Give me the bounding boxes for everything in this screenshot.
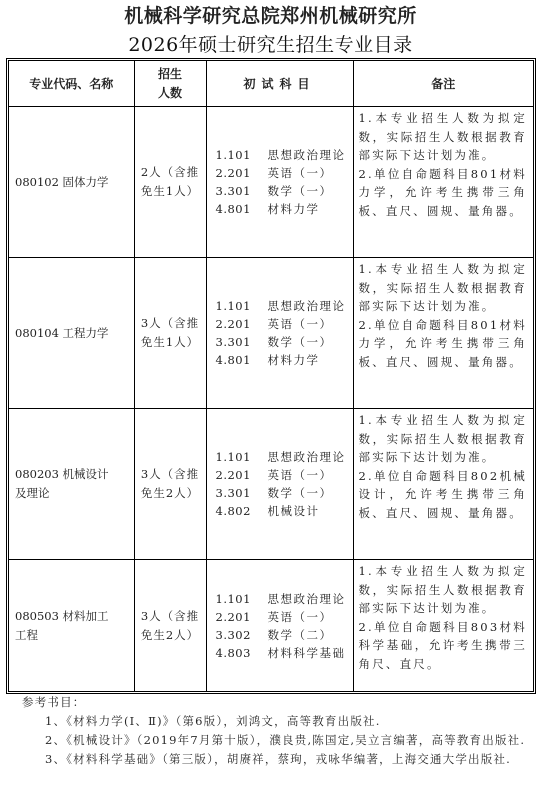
table-row: 080203 机械设计 及理论 3人（含推 免生2人） 1.101思想政治理论 … (9, 409, 533, 560)
enrollment-count-cont: 免生2人） (135, 484, 206, 503)
table-header-row: 专业代码、名称 招生 人数 初试科目 备注 (9, 61, 533, 107)
column-header-count-line1: 招生 (135, 65, 206, 84)
exam-subject: 3.301数学（一） (216, 333, 353, 351)
note-item: 1.本专业招生人数为拟定数，实际招生人数根据教育部实际下达计划为准。 (359, 562, 528, 618)
major-name-cont: 及理论 (15, 484, 134, 503)
subject-code: 1.101 (216, 590, 268, 608)
subject-code: 2.201 (216, 315, 268, 333)
subject-name: 材料力学 (268, 202, 320, 216)
subject-code: 4.801 (216, 351, 268, 369)
enrollment-count: 2人（含推 (135, 163, 206, 182)
exam-subjects-cell: 1.101思想政治理论 2.201英语（一） 3.302数学（二） 4.803材… (206, 560, 353, 692)
subject-name: 思想政治理论 (268, 148, 346, 162)
major-name: 080104 工程力学 (15, 324, 134, 343)
major-cell: 080203 机械设计 及理论 (9, 409, 134, 560)
column-header-subjects: 初试科目 (206, 61, 353, 107)
exam-subject: 1.101思想政治理论 (216, 590, 353, 608)
subject-code: 2.201 (216, 164, 268, 182)
table-row: 080102 固体力学 2人（含推 免生1人） 1.101思想政治理论 2.20… (9, 107, 533, 258)
subject-name: 英语（一） (268, 468, 333, 482)
subject-name: 材料科学基础 (268, 646, 346, 660)
note-item: 1.本专业招生人数为拟定数，实际招生人数根据教育部实际下达计划为准。 (359, 260, 528, 316)
table-row: 080503 材料加工 工程 3人（含推 免生2人） 1.101思想政治理论 2… (9, 560, 533, 692)
subject-code: 3.302 (216, 626, 268, 644)
subject-code: 1.101 (216, 448, 268, 466)
subject-name: 材料力学 (268, 353, 320, 367)
exam-subject: 2.201英语（一） (216, 608, 353, 626)
enrollment-count-cont: 免生1人） (135, 333, 206, 352)
subject-name: 英语（一） (268, 166, 333, 180)
major-cell: 080503 材料加工 工程 (9, 560, 134, 692)
subject-code: 2.201 (216, 608, 268, 626)
enrollment-count: 3人（含推 (135, 607, 206, 626)
enrollment-count-cont: 免生1人） (135, 182, 206, 201)
table-row: 080104 工程力学 3人（含推 免生1人） 1.101思想政治理论 2.20… (9, 258, 533, 409)
subject-name: 数学（一） (268, 184, 333, 198)
subject-name: 数学（一） (268, 486, 333, 500)
reference-books-heading: 参考书目： (22, 693, 527, 712)
enrollment-count: 3人（含推 (135, 465, 206, 484)
major-cell: 080104 工程力学 (9, 258, 134, 409)
subject-code: 3.301 (216, 333, 268, 351)
subject-code: 3.301 (216, 182, 268, 200)
subject-code: 4.802 (216, 502, 268, 520)
exam-subjects-cell: 1.101思想政治理论 2.201英语（一） 3.301数学（一） 4.802机… (206, 409, 353, 560)
note-item: 2.单位自命题科目802机械设计，允许考生携带三角板、直尺、圆规、量角器。 (359, 467, 528, 523)
reference-book-item: 3、《材料科学基础》（第三版），胡赓祥，蔡珣，戎咏华编著，上海交通大学出版社. (22, 750, 527, 769)
subject-code: 2.201 (216, 466, 268, 484)
reference-book-item: 1、《材料力学(Ⅰ、Ⅱ)》（第6版），刘鸿文，高等教育出版社. (22, 712, 527, 731)
note-item: 2.单位自命题科目801材料力学，允许考生携带三角板、直尺、圆规、量角器。 (359, 316, 528, 372)
document-title: 机械科学研究总院郑州机械研究所 (0, 1, 541, 28)
notes-cell: 1.本专业招生人数为拟定数，实际招生人数根据教育部实际下达计划为准。 2.单位自… (353, 107, 533, 258)
exam-subject: 4.803材料科学基础 (216, 644, 353, 662)
exam-subjects-cell: 1.101思想政治理论 2.201英语（一） 3.301数学（一） 4.801材… (206, 258, 353, 409)
enrollment-count-cell: 3人（含推 免生2人） (134, 560, 206, 692)
exam-subject: 1.101思想政治理论 (216, 448, 353, 466)
subject-name: 英语（一） (268, 610, 333, 624)
enrollment-count: 3人（含推 (135, 314, 206, 333)
major-cell: 080102 固体力学 (9, 107, 134, 258)
exam-subject: 4.801材料力学 (216, 200, 353, 218)
column-header-notes: 备注 (353, 61, 533, 107)
enrollment-count-cont: 免生2人） (135, 626, 206, 645)
subject-name: 机械设计 (268, 504, 320, 518)
exam-subjects-cell: 1.101思想政治理论 2.201英语（一） 3.301数学（一） 4.801材… (206, 107, 353, 258)
subject-code: 1.101 (216, 146, 268, 164)
enrollment-count-cell: 3人（含推 免生2人） (134, 409, 206, 560)
subject-code: 3.301 (216, 484, 268, 502)
exam-subject: 3.301数学（一） (216, 182, 353, 200)
subject-name: 数学（一） (268, 335, 333, 349)
note-item: 1.本专业招生人数为拟定数，实际招生人数根据教育部实际下达计划为准。 (359, 411, 528, 467)
subject-code: 4.801 (216, 200, 268, 218)
exam-subject: 4.802机械设计 (216, 502, 353, 520)
column-header-count: 招生 人数 (134, 61, 206, 107)
notes-cell: 1.本专业招生人数为拟定数，实际招生人数根据教育部实际下达计划为准。 2.单位自… (353, 409, 533, 560)
subject-code: 1.101 (216, 297, 268, 315)
major-name-cont: 工程 (15, 626, 134, 645)
exam-subject: 1.101思想政治理论 (216, 297, 353, 315)
exam-subject: 2.201英语（一） (216, 315, 353, 333)
note-item: 2.单位自命题科目803材料科学基础，允许考生携带三角尺、直尺。 (359, 618, 528, 674)
notes-cell: 1.本专业招生人数为拟定数，实际招生人数根据教育部实际下达计划为准。 2.单位自… (353, 258, 533, 409)
reference-books-section: 参考书目： 1、《材料力学(Ⅰ、Ⅱ)》（第6版），刘鸿文，高等教育出版社. 2、… (22, 693, 527, 769)
subject-name: 思想政治理论 (268, 450, 346, 464)
note-item: 2.单位自命题科目801材料力学，允许考生携带三角板、直尺、圆规、量角器。 (359, 165, 528, 221)
subject-name: 思想政治理论 (268, 299, 346, 313)
exam-subject: 2.201英语（一） (216, 466, 353, 484)
notes-cell: 1.本专业招生人数为拟定数，实际招生人数根据教育部实际下达计划为准。 2.单位自… (353, 560, 533, 692)
document-subtitle: 2026年硕士研究生招生专业目录 (0, 30, 541, 57)
exam-subject: 2.201英语（一） (216, 164, 353, 182)
note-item: 1.本专业招生人数为拟定数，实际招生人数根据教育部实际下达计划为准。 (359, 109, 528, 165)
exam-subject: 3.302数学（二） (216, 626, 353, 644)
exam-subject: 1.101思想政治理论 (216, 146, 353, 164)
subject-name: 思想政治理论 (268, 592, 346, 606)
major-name: 080102 固体力学 (15, 173, 134, 192)
subject-name: 英语（一） (268, 317, 333, 331)
exam-subject: 4.801材料力学 (216, 351, 353, 369)
subject-name: 数学（二） (268, 628, 333, 642)
column-header-major: 专业代码、名称 (9, 61, 134, 107)
major-name: 080503 材料加工 (15, 607, 134, 626)
enrollment-count-cell: 2人（含推 免生1人） (134, 107, 206, 258)
major-catalog-table: 专业代码、名称 招生 人数 初试科目 备注 080102 固体力学 2人（含推 … (6, 58, 536, 694)
exam-subject: 3.301数学（一） (216, 484, 353, 502)
major-name: 080203 机械设计 (15, 465, 134, 484)
column-header-count-line2: 人数 (135, 84, 206, 103)
subject-code: 4.803 (216, 644, 268, 662)
enrollment-count-cell: 3人（含推 免生1人） (134, 258, 206, 409)
reference-book-item: 2、《机械设计》（2019年7月第十版），濮良贵,陈国定,吴立言编著，高等教育出… (22, 731, 527, 750)
